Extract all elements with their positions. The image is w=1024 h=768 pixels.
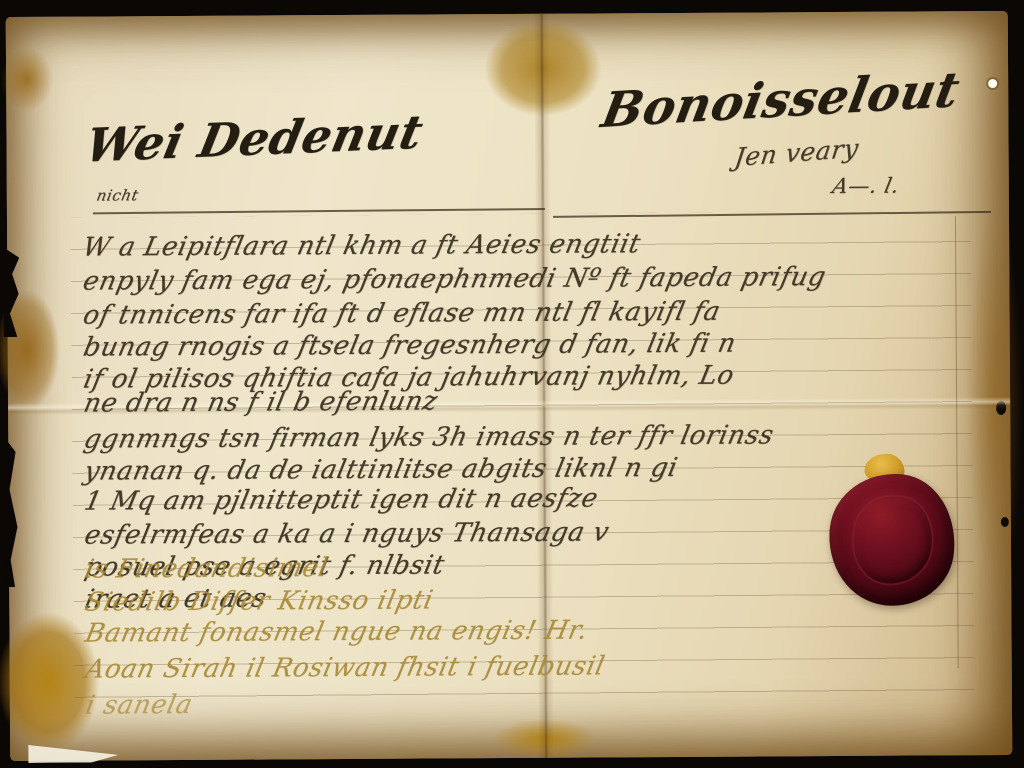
handwritten-line: W a Leipitflara ntl khm a ft Aeies engti…: [80, 227, 966, 262]
handwritten-line: ggnmngs tsn firman lyks 3h imass n ter f…: [81, 419, 967, 454]
handwritten-line: enpyly fam ega ej, pfonaephnmedi Nº ft f…: [80, 261, 966, 296]
handwritten-line: ne dra n ns f il b efenlunz: [81, 383, 967, 418]
handwritten-line-faded: Bamant fonasmel ngue na engis! Hr.: [82, 613, 968, 648]
handwritten-line: of tnnicens far ifa ft d eflase mn ntl f…: [80, 295, 966, 330]
handwritten-line-faded: i sanela: [83, 685, 969, 720]
ink-stain-top-left: [0, 37, 62, 122]
handwritten-line: bunag rnogis a ftsela fregesnherg d fan,…: [81, 327, 967, 362]
edge-blot: [1001, 517, 1009, 527]
paper-hole: [988, 79, 997, 88]
photo-of-old-document: Wei Dedenut nicht Bonoisselout Jen veary…: [0, 0, 1024, 768]
calligraphic-heading-left: Wei Dedenut: [81, 104, 428, 172]
manuscript-paper: Wei Dedenut nicht Bonoisselout Jen veary…: [6, 11, 1013, 761]
heading-right-subtitle: Jen veary: [733, 133, 861, 172]
heading-left-subscript: nicht: [95, 186, 140, 204]
calligraphic-heading-right: Bonoisselout: [597, 62, 964, 140]
torn-edge: [4, 437, 19, 587]
handwritten-line-faded: Aoan Sirah il Rosiwan fhsit i fuelbusil: [83, 649, 969, 684]
heading-right-annotation: A—. l.: [830, 174, 901, 198]
handwritten-line-faded: Siedilb Differ Kinsso ilpti: [82, 582, 968, 617]
paper-sliver: [28, 732, 118, 763]
torn-edge: [3, 247, 20, 337]
